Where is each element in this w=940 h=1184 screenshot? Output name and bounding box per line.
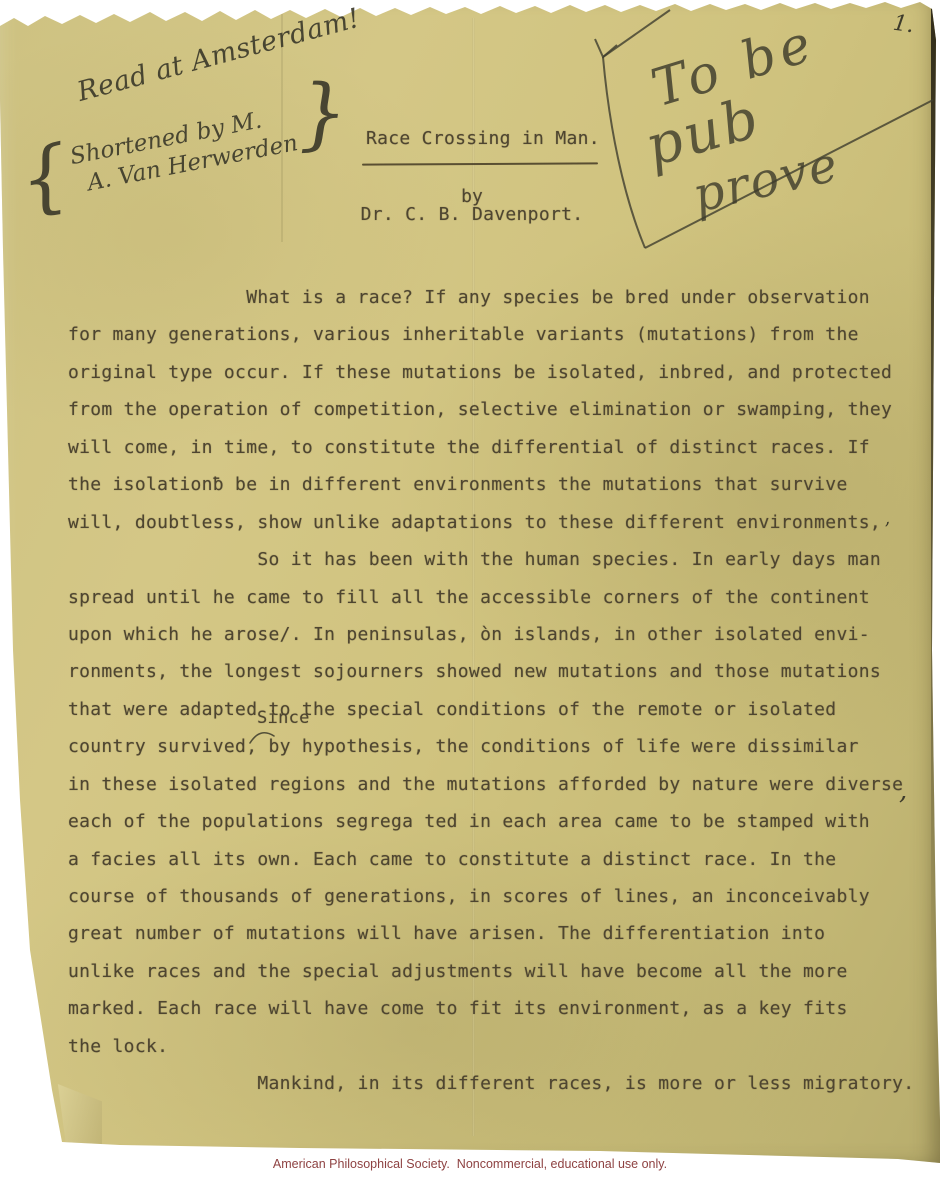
typed-line: upon which he arose/. In peninsulas, òn … [68, 616, 918, 653]
typed-line: marked. Each race will have come to fit … [68, 990, 918, 1027]
handwritten-comma-mark: , [899, 776, 907, 806]
scanned-document: Race Crossing in Man. by Dr. C. B. Daven… [0, 0, 940, 1184]
typed-line: unlike races and the special adjustments… [68, 953, 918, 990]
typed-line: ronments, the longest sojourners showed … [68, 653, 918, 690]
typed-line: course of thousands of generations, in s… [68, 878, 918, 915]
body-text: What is a race? If any species be bred u… [68, 279, 918, 1103]
typed-line: great number of mutations will have aris… [68, 915, 918, 952]
typed-line: each of the populations segrega ted in e… [68, 803, 918, 840]
typed-line: a facies all its own. Each came to const… [68, 841, 918, 878]
author-name: Dr. C. B. Davenport. [354, 204, 590, 225]
typed-line: for many generations, various inheritabl… [68, 316, 918, 353]
typed-line: will come, in time, to constitute the di… [68, 429, 918, 466]
interline-insert: Since [257, 708, 310, 728]
typed-line: the lock. [68, 1028, 918, 1065]
typed-line: So it has been with the human species. I… [68, 541, 918, 578]
page-number: 1. [891, 11, 915, 39]
typed-line: that were adapted to the special conditi… [68, 691, 918, 728]
typed-line: in these isolated regions and the mutati… [68, 766, 918, 803]
typed-line: the isolationƀ be in different environme… [68, 466, 918, 503]
typed-line: original type occur. If these mutations … [68, 354, 918, 391]
typed-line: spread until he came to fill all the acc… [68, 579, 918, 616]
typed-line: Mankind, in its different races, is more… [68, 1065, 918, 1102]
typed-line: from the operation of competition, selec… [68, 391, 918, 428]
document-title: Race Crossing in Man. [366, 128, 600, 149]
insert-caret-mark [249, 729, 277, 745]
typed-line: What is a race? If any species be bred u… [68, 279, 918, 316]
typed-line: will, doubtless, show unlike adaptations… [68, 504, 918, 541]
closing-brace-mark: } [297, 78, 349, 150]
footer-attribution: American Philosophical Society. Noncomme… [0, 1157, 940, 1171]
typed-line: country survived, by hypothesis, the con… [68, 728, 918, 765]
